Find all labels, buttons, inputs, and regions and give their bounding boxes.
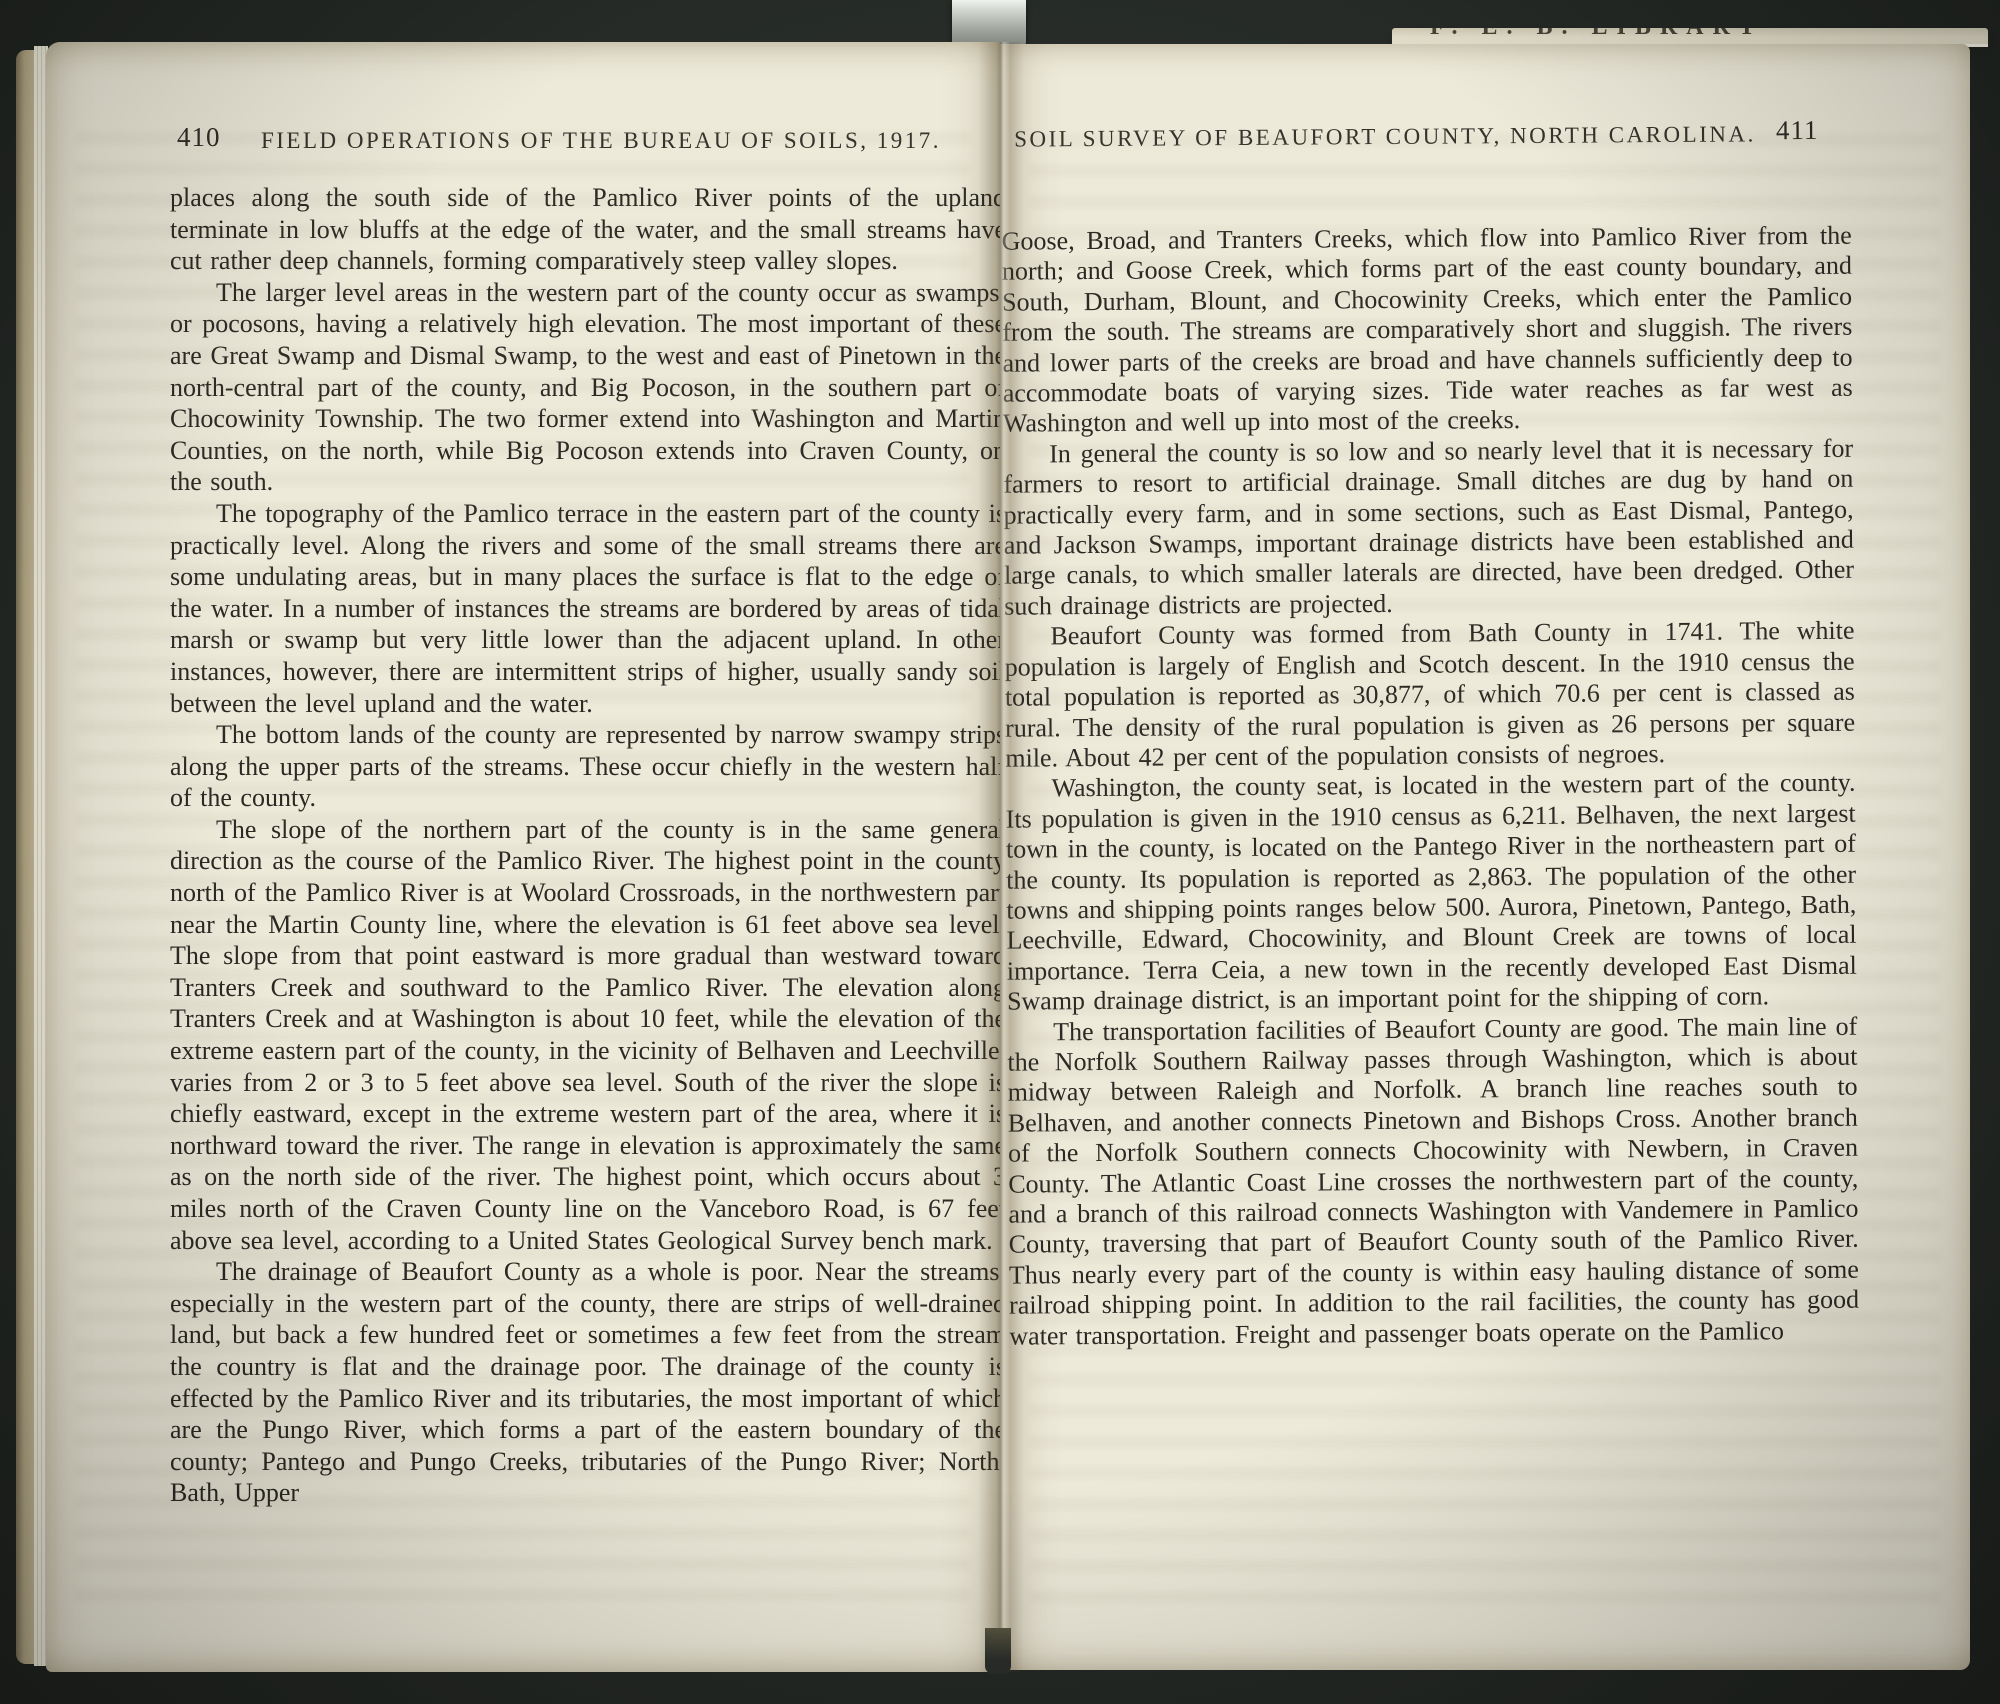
book-cover-edge [16,50,34,1664]
paragraph: Beaufort County was formed from Bath Cou… [1004,616,1855,774]
spine-bottom-notch [985,1628,1011,1674]
paragraph: The larger level areas in the western pa… [170,277,1006,498]
right-running-header: SOIL SURVEY OF BEAUFORT COUNTY, NORTH CA… [1005,121,1765,152]
book-photo-backdrop: F. E. B. LIBRARY 410 FIELD OPERATIONS OF… [0,0,2000,1704]
left-page: 410 FIELD OPERATIONS OF THE BUREAU OF SO… [46,42,1000,1672]
paragraph: In general the county is so low and so n… [1003,434,1854,622]
paragraph: Washington, the county seat, is located … [1005,768,1857,1017]
paragraph: The topography of the Pamlico terrace in… [170,498,1006,719]
paragraph: The drainage of Beaufort County as a who… [170,1256,1006,1509]
right-page-content: SOIL SURVEY OF BEAUFORT COUNTY, NORTH CA… [994,38,1975,1671]
right-page: SOIL SURVEY OF BEAUFORT COUNTY, NORTH CA… [1000,44,1970,1670]
right-page-paragraphs: Goose, Broad, and Tranters Creeks, which… [1002,221,1860,1352]
left-running-header: FIELD OPERATIONS OF THE BUREAU OF SOILS,… [186,128,1016,154]
left-page-content: 410 FIELD OPERATIONS OF THE BUREAU OF SO… [46,42,1000,1672]
paragraph: The transportation facilities of Beaufor… [1007,1011,1859,1351]
paragraph: The slope of the northern part of the co… [170,814,1006,1256]
paragraph: The bottom lands of the county are repre… [170,719,1006,814]
book-clamp-icon [952,0,1026,46]
left-page-paragraphs: places along the south side of the Pamli… [170,182,1006,1509]
paragraph: Goose, Broad, and Tranters Creeks, which… [1002,221,1853,440]
right-page-number: 411 [1776,115,1819,146]
paragraph: places along the south side of the Pamli… [170,182,1006,277]
